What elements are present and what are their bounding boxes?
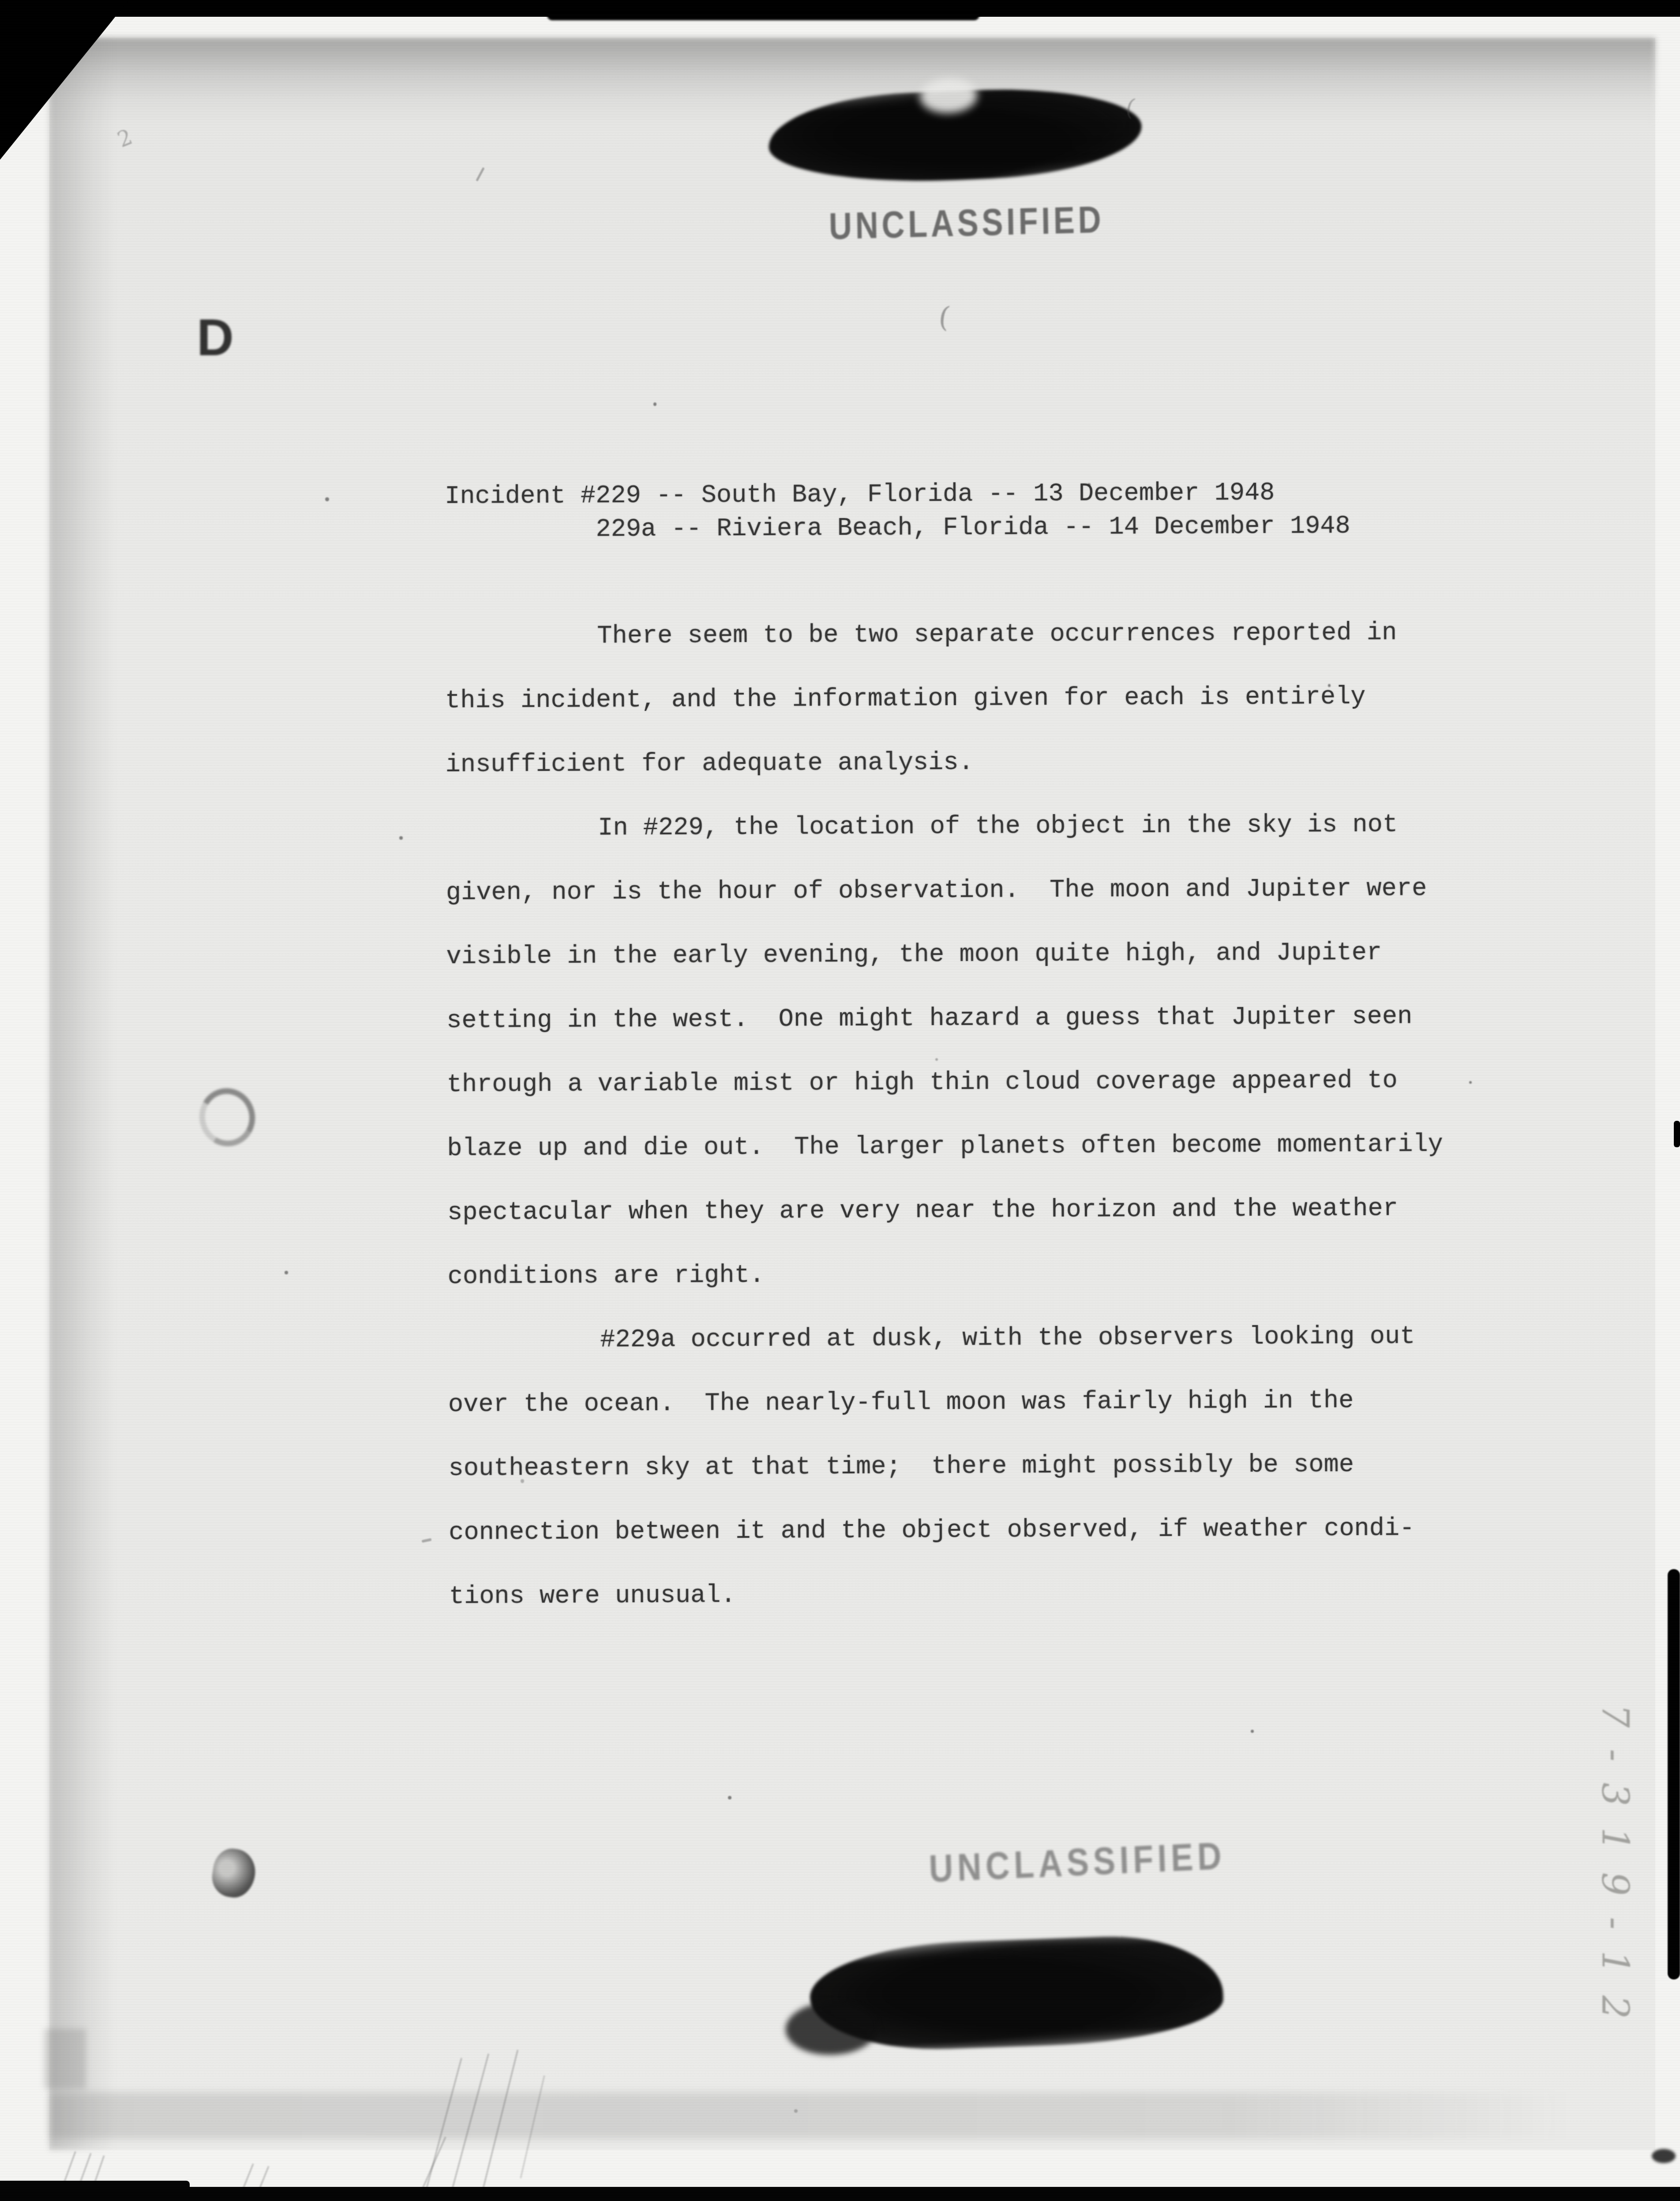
dust-speck xyxy=(325,497,329,501)
typed-line: over the ocean. The nearly-full moon was… xyxy=(448,1369,1444,1437)
dust-speck xyxy=(728,1796,731,1799)
unclassified-stamp-top: UNCLASSIFIED xyxy=(829,198,1105,248)
incident-heading: Incident #229 -- South Bay, Florida -- 1… xyxy=(445,476,1350,547)
dust-speck xyxy=(521,1479,524,1483)
typed-line: #229a occurred at dusk, with the observe… xyxy=(448,1305,1444,1373)
typed-body-text: There seem to be two separate occurrence… xyxy=(445,601,1445,1629)
scan-edge-right-smudge xyxy=(1652,2149,1676,2163)
dust-speck xyxy=(1328,684,1331,687)
scan-edge-right-strip xyxy=(1668,1569,1680,1979)
dust-speck xyxy=(399,836,403,840)
typed-line: conditions are right. xyxy=(447,1241,1444,1309)
typed-line: given, nor is the hour of observation. T… xyxy=(446,857,1442,925)
typed-line: tions were unusual. xyxy=(449,1561,1445,1629)
typed-line: through a variable mist or high thin clo… xyxy=(446,1049,1443,1117)
typed-line: insufficient for adequate analysis. xyxy=(445,729,1441,797)
typed-line: visible in the early evening, the moon q… xyxy=(446,921,1442,989)
dust-speck xyxy=(935,1058,938,1061)
left-edge-shadow-patch xyxy=(44,2029,86,2088)
scan-edge-right-tick xyxy=(1674,1121,1680,1147)
scan-edge-bottom-left xyxy=(0,2181,190,2201)
dust-speck xyxy=(794,2109,798,2113)
typed-line: There seem to be two separate occurrence… xyxy=(445,601,1441,669)
heading-line-2: 229a -- Riviera Beach, Florida -- 14 Dec… xyxy=(445,510,1350,547)
typed-line: setting in the west. One might hazard a … xyxy=(446,985,1443,1053)
page-bottom-shadow xyxy=(49,2092,1602,2139)
scan-edge-top-bump xyxy=(547,13,979,20)
typed-line: this incident, and the information given… xyxy=(445,665,1441,733)
dust-speck xyxy=(1251,1730,1254,1733)
dust-speck xyxy=(285,1271,288,1274)
typed-line: southeastern sky at that time; there mig… xyxy=(448,1433,1444,1501)
typed-line: spectacular when they are very near the … xyxy=(447,1177,1444,1245)
handwritten-margin-note: 7-319-12 xyxy=(1594,1704,1637,2040)
dust-speck xyxy=(1087,483,1091,486)
typed-line: In #229, the location of the object in t… xyxy=(446,793,1442,861)
typed-line: connection between it and the object obs… xyxy=(449,1497,1445,1565)
d-stamp: D xyxy=(197,308,234,367)
scan-edge-bottom xyxy=(0,2187,1680,2201)
heading-line-1: Incident #229 -- South Bay, Florida -- 1… xyxy=(445,476,1350,514)
dust-speck xyxy=(1469,1081,1472,1084)
typed-line: blaze up and die out. The larger planets… xyxy=(447,1113,1443,1181)
dust-speck xyxy=(653,402,656,406)
